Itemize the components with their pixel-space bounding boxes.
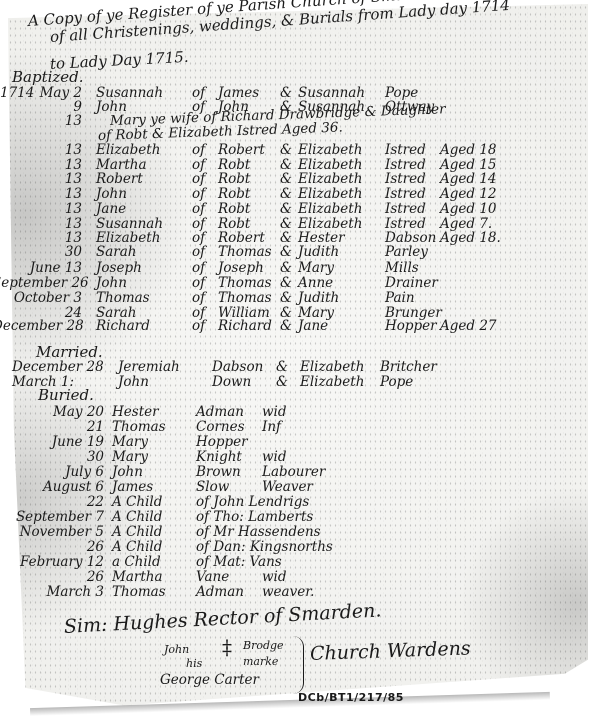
baptism-surname: Drainer xyxy=(385,277,438,291)
baptism-name: Sarah xyxy=(96,246,137,260)
baptism-mother: Judith xyxy=(298,292,339,306)
baptism-name: Elizabeth xyxy=(96,144,160,158)
burial-name: Martha xyxy=(112,571,163,585)
baptism-mother: Elizabeth xyxy=(298,188,362,202)
baptism-surname: Istred xyxy=(385,173,426,187)
burial-name: James xyxy=(112,481,153,495)
burial-name: Hester xyxy=(112,406,159,420)
baptism-name: Joseph xyxy=(96,262,142,276)
baptism-name: Jane xyxy=(96,203,126,217)
burial-name: Thomas xyxy=(112,421,166,435)
archive-reference: DCb/BT1/217/85 xyxy=(298,692,404,703)
marriage-bride: Elizabeth xyxy=(300,361,364,375)
burial-surname: Brown xyxy=(196,466,241,480)
baptism-age-note: Aged 12 xyxy=(440,188,497,202)
section-heading-buried: Buried. xyxy=(38,388,94,403)
burial-date: June 19 xyxy=(14,436,104,450)
baptism-surname: Istred xyxy=(385,203,426,217)
baptism-father: Robt xyxy=(218,203,250,217)
burial-name: A Child xyxy=(112,496,162,510)
baptism-name: Thomas xyxy=(96,292,150,306)
baptism-and: & xyxy=(280,173,292,187)
baptism-age-note: Aged 18 xyxy=(440,144,497,158)
baptism-surname: Pain xyxy=(385,292,415,306)
warden-1-first-name: John xyxy=(164,644,189,655)
burial-status-note: Weaver xyxy=(262,481,313,495)
baptism-father: Robert xyxy=(218,144,265,158)
burial-name: A Child xyxy=(112,526,162,540)
baptism-date: 13 xyxy=(0,115,82,129)
burial-surname: Slow xyxy=(196,481,229,495)
baptism-of: of xyxy=(192,173,205,187)
burial-date: May 20 xyxy=(14,406,104,420)
burial-surname: of Tho: Lamberts xyxy=(196,511,313,525)
marriage-bride-surname: Pope xyxy=(380,376,413,390)
baptism-and: & xyxy=(280,277,292,291)
baptism-of: of xyxy=(192,144,205,158)
baptism-date: 13 xyxy=(0,203,82,217)
baptism-date: September 26 xyxy=(0,277,82,291)
burial-date: 21 xyxy=(14,421,104,435)
burial-status-note: wid xyxy=(262,571,287,585)
baptism-and: & xyxy=(280,262,292,276)
warden-1-mark-label: marke xyxy=(243,656,278,667)
burial-date: August 6 xyxy=(14,481,104,495)
burial-date: September 7 xyxy=(14,511,104,525)
baptism-father: Robt xyxy=(218,188,250,202)
baptism-father: Robt xyxy=(218,173,250,187)
section-heading-baptized: Baptized. xyxy=(12,70,84,85)
baptism-and: & xyxy=(280,292,292,306)
burial-status-note: wid xyxy=(262,406,287,420)
marriage-date: December 28 xyxy=(12,361,104,375)
baptism-mother: Elizabeth xyxy=(298,203,362,217)
warden-2-signature: George Carter xyxy=(160,674,259,688)
baptism-father: Richard xyxy=(218,320,272,334)
baptism-mother: Jane xyxy=(298,320,328,334)
baptism-surname: Parley xyxy=(385,246,428,260)
baptism-age-note: Aged 27 xyxy=(440,320,497,334)
burial-surname: Adman xyxy=(196,586,244,600)
marriage-bride: Elizabeth xyxy=(300,376,364,390)
baptism-date: June 13 xyxy=(0,262,82,276)
baptism-date: 30 xyxy=(0,246,82,260)
baptism-name: Richard xyxy=(96,320,150,334)
marriage-groom: Jeremiah xyxy=(118,361,180,375)
burial-status-note: Inf xyxy=(262,421,281,435)
burial-date: 30 xyxy=(14,451,104,465)
burial-name: A Child xyxy=(112,511,162,525)
burial-date: November 5 xyxy=(14,526,104,540)
baptism-father: Thomas xyxy=(218,292,272,306)
baptism-of: of xyxy=(192,262,205,276)
marriage-and: & xyxy=(276,376,288,390)
burial-date: March 3 xyxy=(14,586,104,600)
baptism-and: & xyxy=(280,144,292,158)
baptism-mother: Judith xyxy=(298,246,339,260)
baptism-name: Robert xyxy=(96,173,143,187)
burial-date: 26 xyxy=(14,541,104,555)
baptism-and: & xyxy=(280,203,292,217)
burial-surname: Cornes xyxy=(196,421,245,435)
burial-date: July 6 xyxy=(14,466,104,480)
marriage-groom-surname: Down xyxy=(212,376,251,390)
marriage-groom-surname: Dabson xyxy=(212,361,263,375)
baptism-surname: Istred xyxy=(385,188,426,202)
warden-mark-glyph: ‡ xyxy=(222,637,232,657)
marriage-bride-surname: Britcher xyxy=(380,361,437,375)
burial-surname: of Mat: Vans xyxy=(196,556,282,570)
burial-status-note: Labourer xyxy=(262,466,325,480)
burial-name: Mary xyxy=(112,451,148,465)
baptism-of: of xyxy=(192,277,205,291)
baptism-of: of xyxy=(192,203,205,217)
burial-name: Mary xyxy=(112,436,148,450)
baptism-father: Thomas xyxy=(218,246,272,260)
baptism-age-note: Aged 10 xyxy=(440,203,497,217)
baptism-father: Joseph xyxy=(218,262,264,276)
baptism-and: & xyxy=(280,188,292,202)
marriage-groom: John xyxy=(118,376,149,390)
baptism-of: of xyxy=(192,292,205,306)
burial-surname: of Mr Hassendens xyxy=(196,526,321,540)
baptism-and: & xyxy=(280,320,292,334)
burial-name: A Child xyxy=(112,541,162,555)
burial-date: February 12 xyxy=(14,556,104,570)
signature-brace xyxy=(293,636,304,694)
burial-surname: Knight xyxy=(196,451,242,465)
baptism-date: December 28 xyxy=(0,320,82,334)
baptism-father: Thomas xyxy=(218,277,272,291)
burial-surname: Adman xyxy=(196,406,244,420)
baptism-date: 13 xyxy=(0,144,82,158)
burial-surname: Hopper xyxy=(196,436,248,450)
baptism-date: October 3 xyxy=(0,292,82,306)
burial-surname: of Dan: Kingsnorths xyxy=(196,541,333,555)
baptism-mother: Elizabeth xyxy=(298,144,362,158)
baptism-mother: Elizabeth xyxy=(298,173,362,187)
baptism-name: John xyxy=(96,188,127,202)
baptism-date: 13 xyxy=(0,188,82,202)
burial-date: 26 xyxy=(14,571,104,585)
baptism-age-note: Aged 18. xyxy=(440,232,501,246)
burial-status-note: wid xyxy=(262,451,287,465)
burial-date: 22 xyxy=(14,496,104,510)
burial-surname: of John Lendrigs xyxy=(196,496,309,510)
burial-surname: Vane xyxy=(196,571,229,585)
warden-1-surname: Brodge xyxy=(243,640,284,651)
warden-1-his: his xyxy=(186,658,202,669)
baptism-age-note: Aged 14 xyxy=(440,173,497,187)
baptism-date: May 2 xyxy=(0,87,82,101)
baptism-mother: Mary xyxy=(298,262,334,276)
burial-status-note: weaver. xyxy=(262,586,314,600)
baptism-date: 13 xyxy=(0,173,82,187)
baptism-of: of xyxy=(192,320,205,334)
baptism-of: of xyxy=(192,188,205,202)
marriage-and: & xyxy=(276,361,288,375)
baptism-mother: Anne xyxy=(298,277,333,291)
baptism-surname: Mills xyxy=(385,262,419,276)
baptism-name: John xyxy=(96,277,127,291)
burial-name: Thomas xyxy=(112,586,166,600)
section-heading-married: Married. xyxy=(36,345,103,360)
baptism-and: & xyxy=(280,246,292,260)
baptism-surname: Istred xyxy=(385,144,426,158)
baptism-of: of xyxy=(192,246,205,260)
burial-name: John xyxy=(112,466,143,480)
burial-name: a Child xyxy=(112,556,161,570)
baptism-surname: Hopper xyxy=(385,320,437,334)
